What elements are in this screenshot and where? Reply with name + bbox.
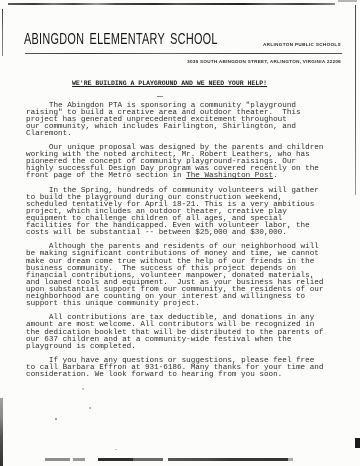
scan-artifact-right-edge bbox=[355, 5, 356, 195]
scan-speck bbox=[89, 407, 91, 409]
paragraph-5: All contributions are tax deductible, an… bbox=[26, 315, 334, 350]
scan-artifact-left-top bbox=[2, 9, 3, 56]
district-name: ARLINGTON PUBLIC SCHOOLS bbox=[263, 42, 341, 47]
paragraph-3: In the Spring, hundreds of community vol… bbox=[26, 188, 334, 238]
school-name-logo: ABINGDON ELEMENTARY SCHOOL bbox=[24, 31, 218, 49]
scan-artifact-bottom-edge bbox=[40, 458, 300, 461]
scan-speck bbox=[82, 388, 84, 390]
scan-artifact-left-bottom bbox=[0, 398, 3, 466]
scan-speck bbox=[157, 96, 163, 97]
letter-title: WE'RE BUILDING A PLAYGROUND AND WE NEED … bbox=[72, 80, 267, 87]
paragraph-2-text: Our unique proposal was designed by the … bbox=[26, 144, 323, 180]
school-address: 3035 SOUTH ABINGDON STREET, ARLINGTON, V… bbox=[187, 59, 341, 64]
scan-artifact-right-bottom bbox=[355, 438, 360, 448]
paragraph-2: Our unique proposal was designed by the … bbox=[26, 145, 334, 180]
scan-speck bbox=[115, 449, 117, 450]
washington-post-underlined: The Washington Post bbox=[186, 172, 273, 180]
paragraph-2-period: . bbox=[273, 172, 278, 180]
letterhead-rule bbox=[25, 53, 342, 54]
paragraph-4: Although the parents and residents of ou… bbox=[26, 244, 334, 308]
scan-artifact-top-right bbox=[338, 0, 357, 2]
paragraph-1: The Abingdon PTA is sponsoring a communi… bbox=[26, 103, 334, 138]
scan-speck bbox=[55, 418, 57, 420]
paragraph-6: If you have any questions or suggestions… bbox=[26, 358, 334, 379]
letter-body: The Abingdon PTA is sponsoring a communi… bbox=[26, 103, 334, 387]
scanned-letter-page: ABINGDON ELEMENTARY SCHOOL ARLINGTON PUB… bbox=[0, 0, 360, 466]
scan-artifact-top-edge bbox=[8, 3, 335, 6]
